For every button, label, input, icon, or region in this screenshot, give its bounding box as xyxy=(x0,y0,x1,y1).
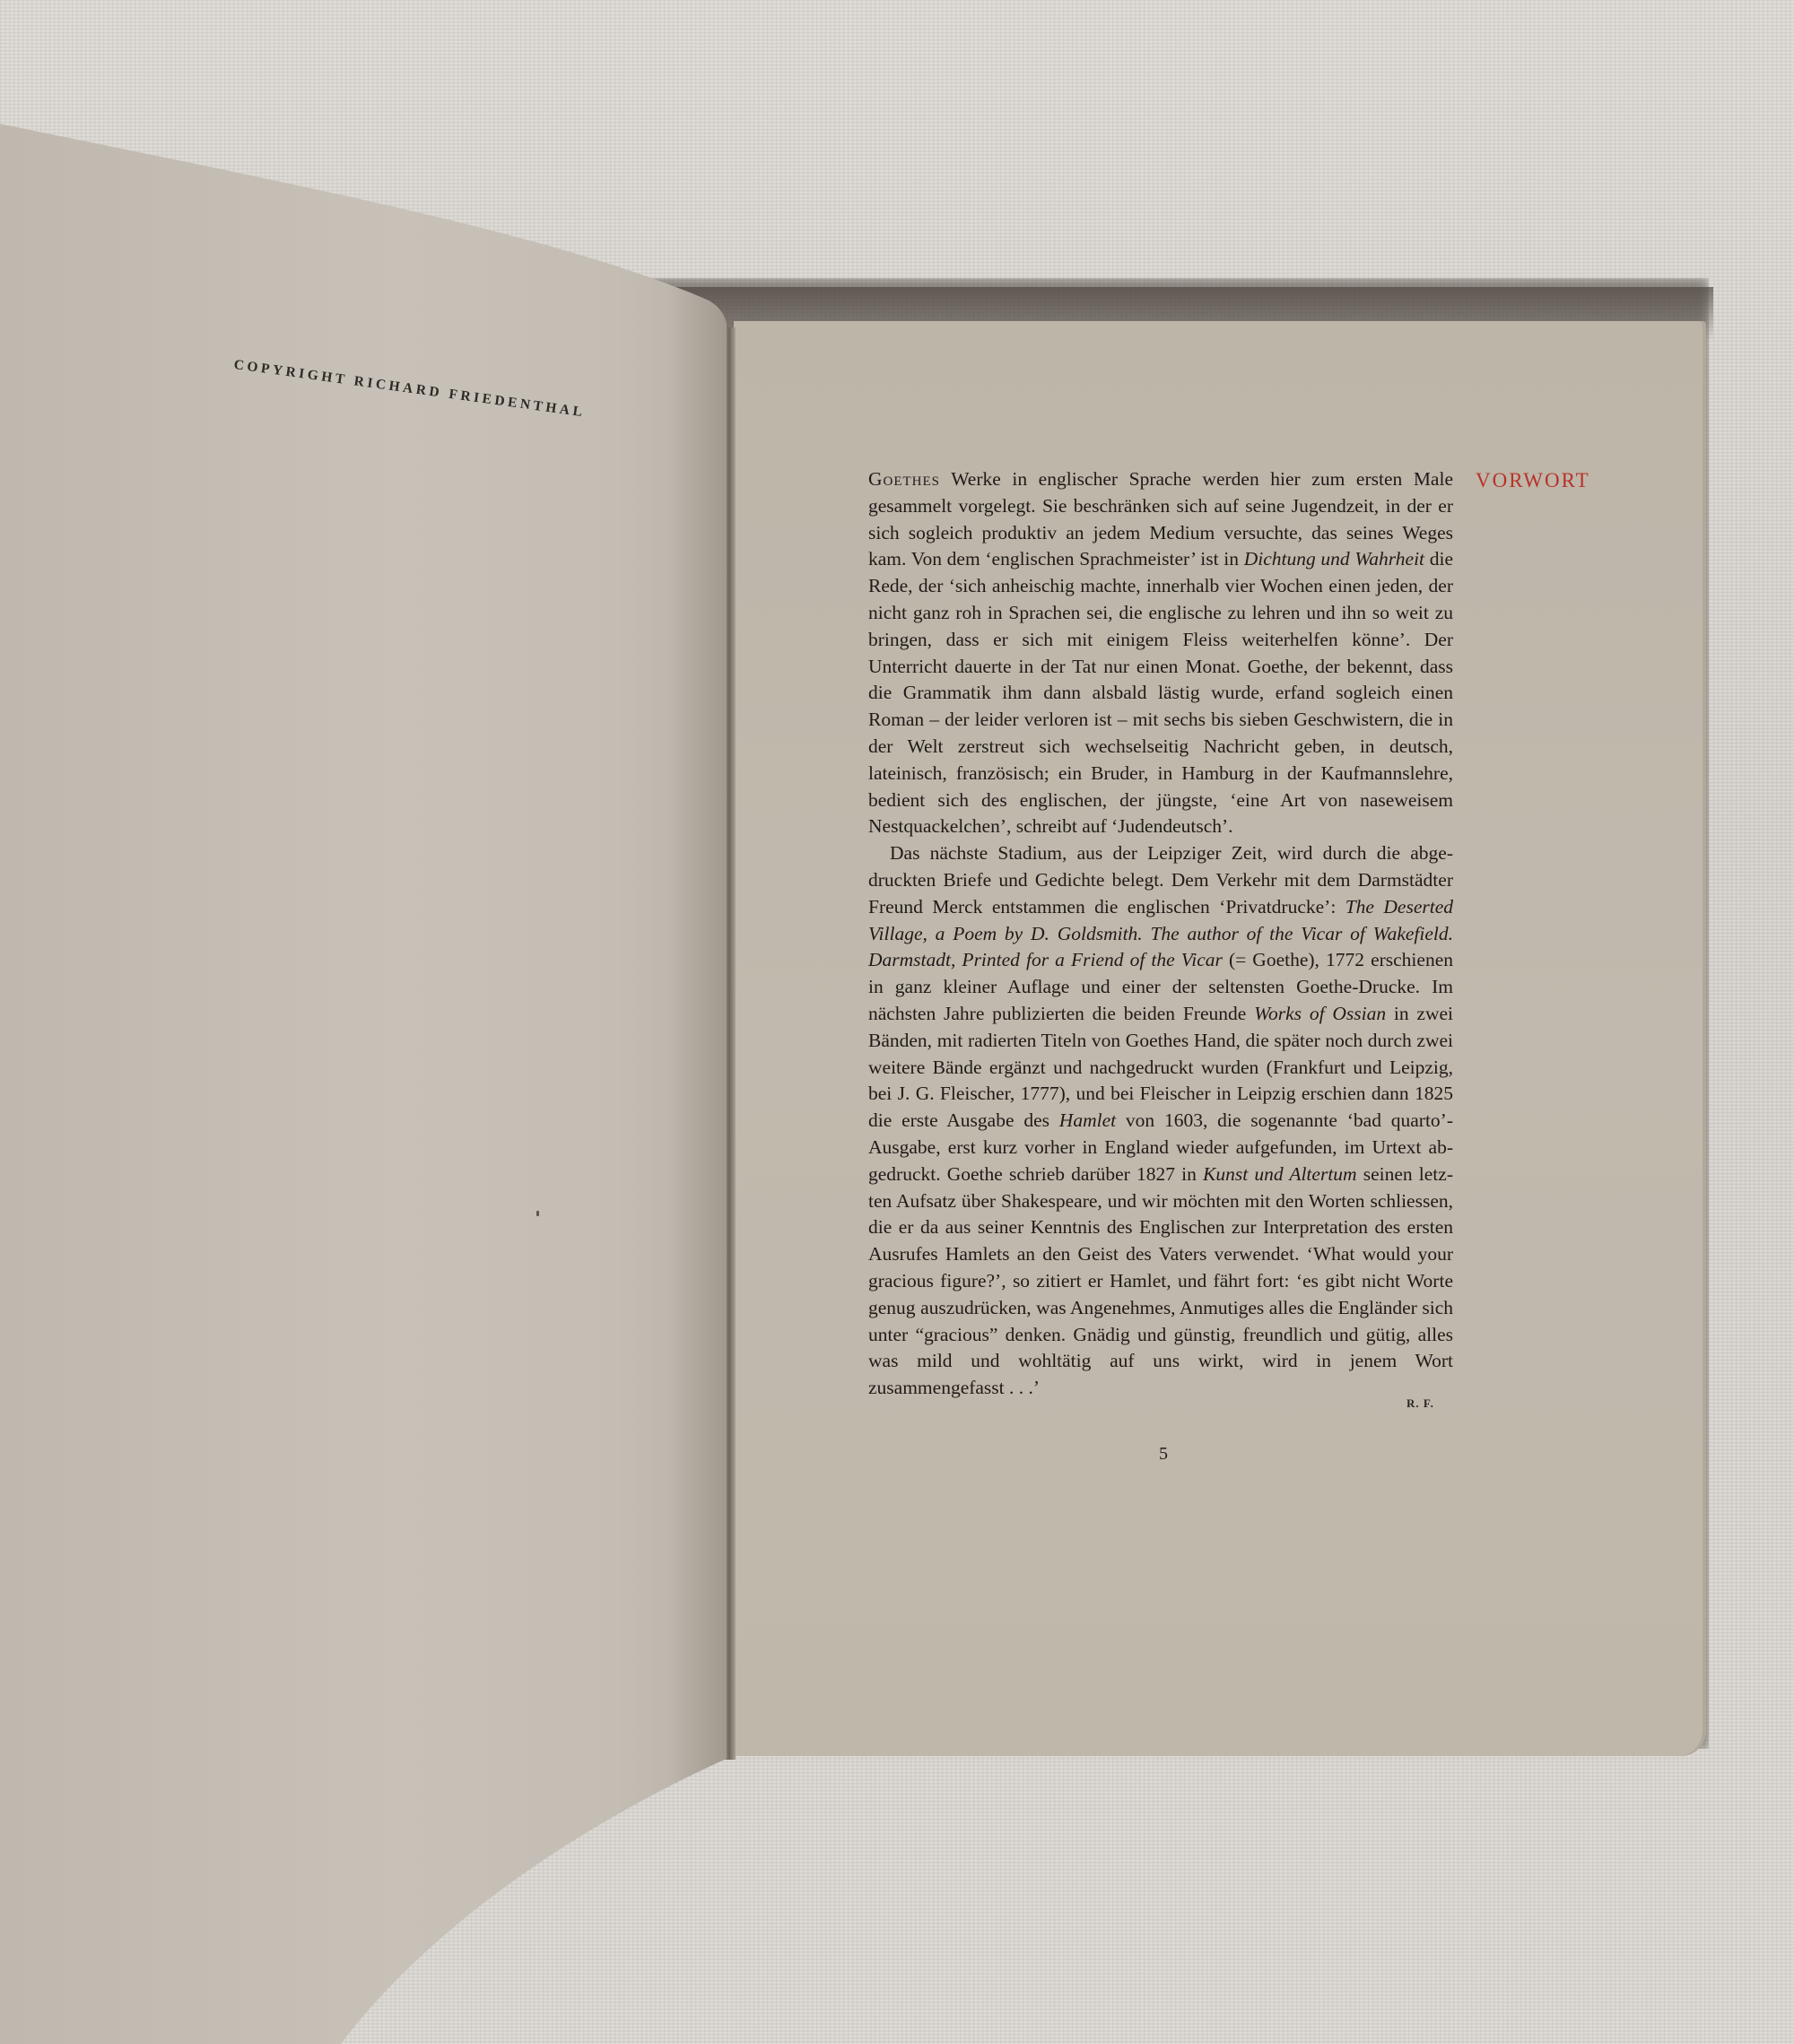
lead-word: Goethes xyxy=(868,468,940,490)
foreword-body: Goethes Werke in englischer Sprache werd… xyxy=(868,466,1453,1402)
paragraph: Goethes Werke in englischer Sprache werd… xyxy=(868,466,1453,840)
text-run: seinen letz­ten Aufsatz über Shakespeare… xyxy=(868,1163,1453,1398)
author-signature: R. F. xyxy=(1406,1396,1434,1411)
italic-title: Kunst und Altertum xyxy=(1203,1163,1357,1185)
paragraph: Das nächste Stadium, aus der Leipziger Z… xyxy=(868,840,1453,1402)
page-number: 5 xyxy=(1159,1444,1168,1465)
left-page-shade xyxy=(0,0,727,2044)
paper-speck xyxy=(536,1211,539,1216)
text-run: die Rede, der ‘sich anheischig machte, i… xyxy=(868,548,1453,837)
italic-title: Works of Ossian xyxy=(1254,1003,1386,1024)
section-heading: VORWORT xyxy=(1476,469,1590,492)
italic-title: Hamlet xyxy=(1059,1109,1116,1131)
italic-title: Dichtung und Wahrheit xyxy=(1244,548,1424,570)
